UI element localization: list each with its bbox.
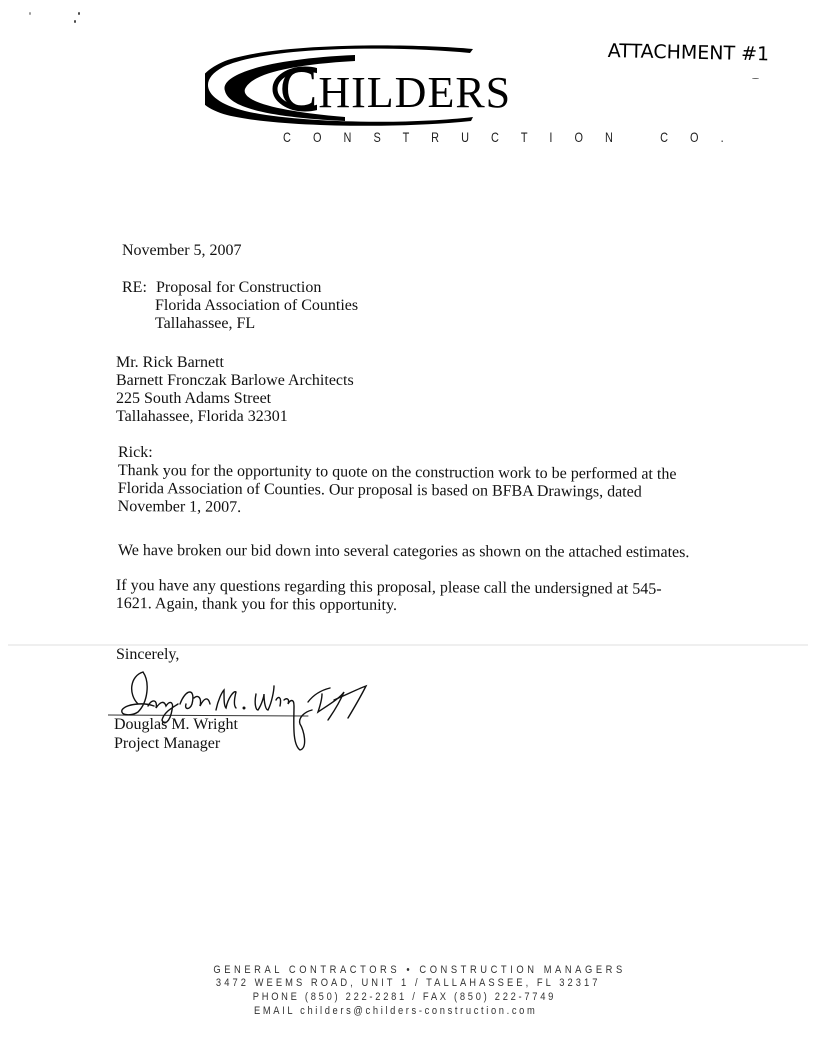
re-label: RE: — [122, 279, 156, 297]
scan-speck — [29, 12, 31, 15]
footer-email-text: EMAIL childers@childers-construction.com — [254, 1005, 537, 1017]
footer-address: 3472 WEEMS ROAD, UNIT 1 / TALLAHASSEE, F… — [0, 977, 816, 989]
recipient-address: Mr. Rick Barnett Barnett Fronczak Barlow… — [116, 354, 354, 426]
body-paragraph-3: If you have any questions regarding this… — [116, 577, 662, 617]
scan-speck — [752, 78, 759, 79]
letter-date: November 5, 2007 — [122, 242, 242, 260]
company-initial: C — [280, 58, 318, 120]
body-paragraph-1: Thank you for the opportunity to quote o… — [118, 462, 677, 520]
recipient-firm: Barnett Fronczak Barlowe Architects — [116, 372, 354, 390]
recipient-street: 225 South Adams Street — [116, 390, 354, 408]
salutation: Rick: — [118, 444, 153, 462]
scan-speck — [78, 12, 80, 15]
footer-services: GENERAL CONTRACTORS • CONSTRUCTION MANAG… — [12, 964, 816, 976]
re-subject: Proposal for Construction — [156, 279, 321, 296]
re-location: Tallahassee, FL — [122, 315, 358, 333]
footer-phone-fax: PHONE (850) 222-2281 / FAX (850) 222-774… — [0, 991, 812, 1003]
recipient-name: Mr. Rick Barnett — [116, 354, 354, 372]
company-logo: CHILDERS — [205, 45, 605, 130]
re-block: RE:Proposal for Construction Florida Ass… — [122, 279, 358, 333]
company-subtitle: C O N S T R U C T I O N C O . — [283, 129, 733, 145]
footer-address-text: 3472 WEEMS ROAD, UNIT 1 / TALLAHASSEE, F… — [216, 977, 601, 989]
paragraph-line: 1621. Again, thank you for this opportun… — [116, 595, 662, 617]
scan-speck — [74, 20, 76, 23]
recipient-city: Tallahassee, Florida 32301 — [116, 408, 354, 426]
signer-title: Project Manager — [114, 735, 220, 753]
signer-name: Douglas M. Wright — [114, 716, 238, 734]
body-paragraph-2: We have broken our bid down into several… — [118, 542, 689, 562]
footer-email: EMAIL childers@childers-construction.com — [0, 1005, 804, 1017]
company-name-rest: HILDERS — [318, 68, 511, 117]
attachment-label: ATTACHMENT #1 — [608, 40, 770, 65]
footer-services-text: GENERAL CONTRACTORS • CONSTRUCTION MANAG… — [214, 964, 626, 976]
company-name: CHILDERS — [280, 61, 511, 117]
closing: Sincerely, — [116, 646, 179, 664]
re-project: Florida Association of Counties — [122, 297, 358, 315]
footer-phone-fax-text: PHONE (850) 222-2281 / FAX (850) 222-774… — [252, 991, 555, 1003]
